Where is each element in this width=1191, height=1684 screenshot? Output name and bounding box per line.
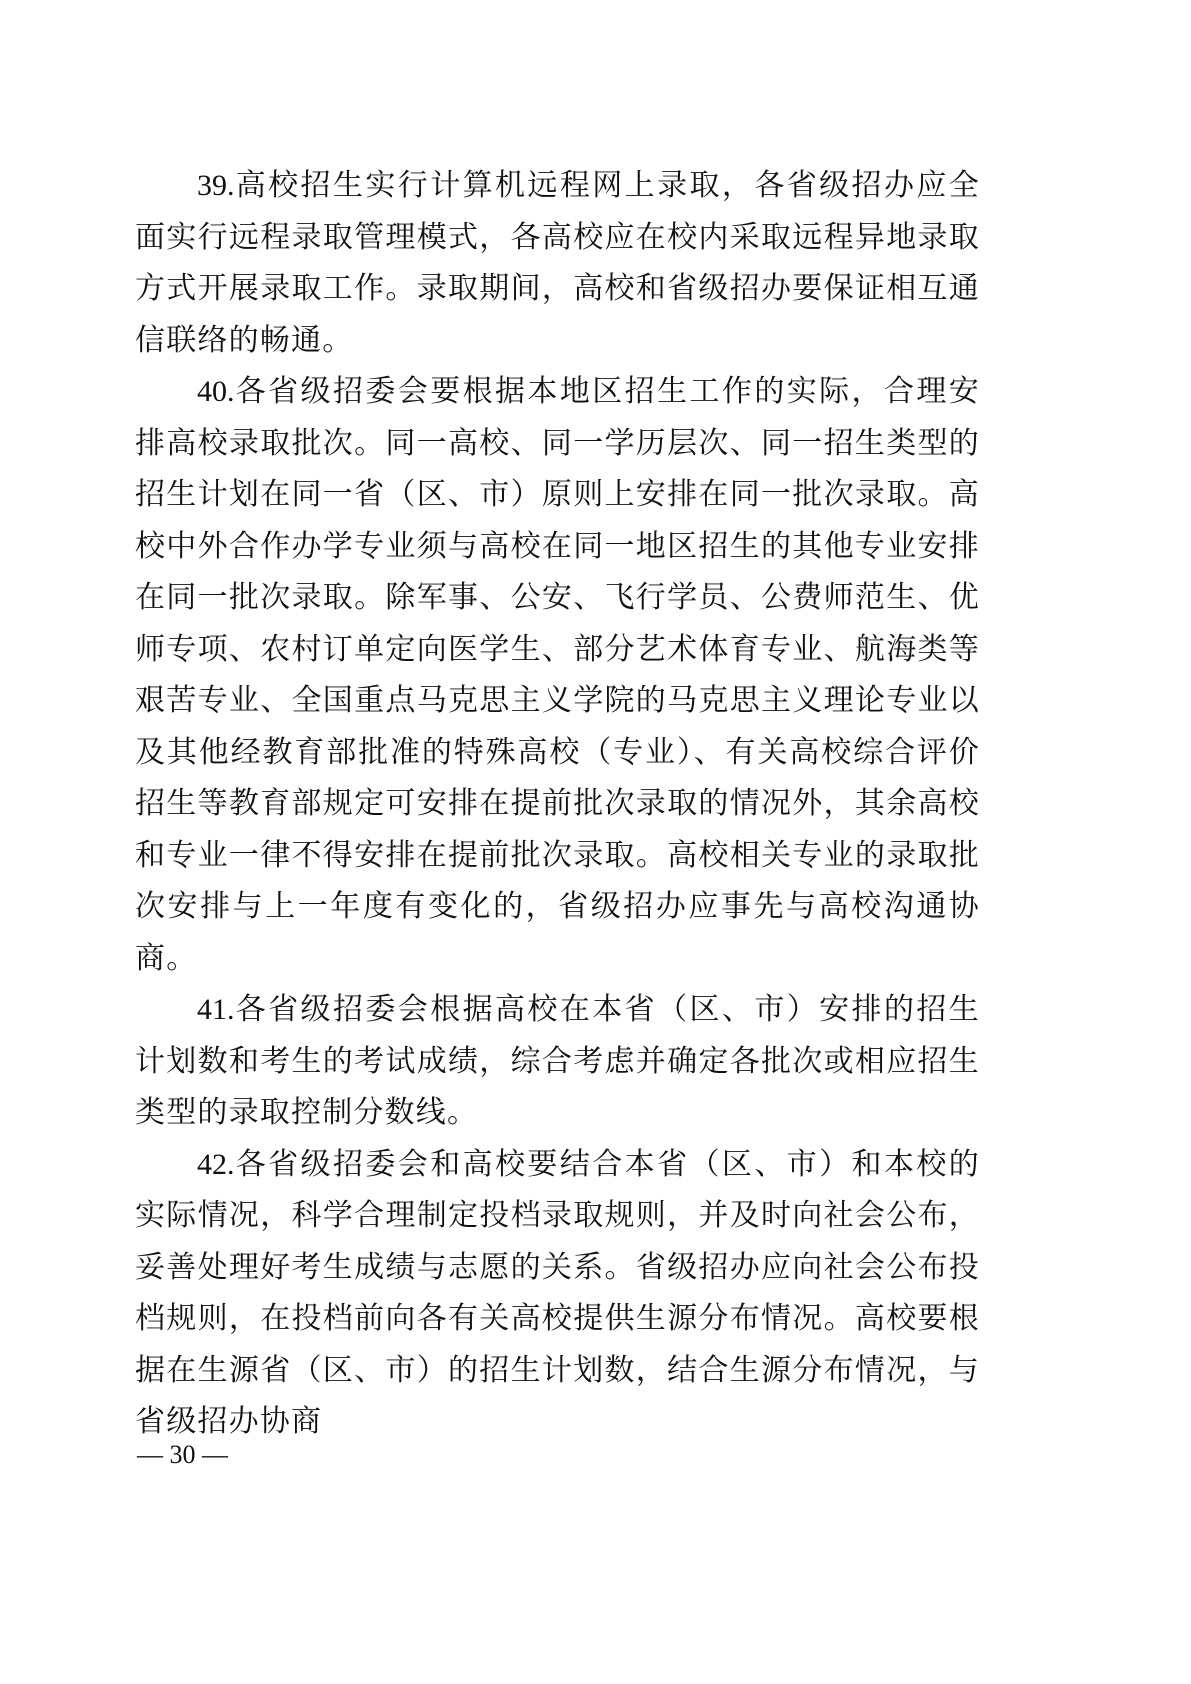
page-number: — 30 — xyxy=(137,1440,228,1470)
paragraph-number: 40. xyxy=(197,375,235,408)
paragraph-40: 40.各省级招委会要根据本地区招生工作的实际，合理安排高校录取批次。同一高校、同… xyxy=(135,366,980,984)
document-body: 39.高校招生实行计算机远程网上录取，各省级招办应全面实行远程录取管理模式，各高… xyxy=(135,160,980,1448)
paragraph-number: 41. xyxy=(197,993,235,1026)
paragraph-text: 各省级招委会要根据本地区招生工作的实际，合理安排高校录取批次。同一高校、同一学历… xyxy=(135,374,980,976)
paragraph-text: 高校招生实行计算机远程网上录取，各省级招办应全面实行远程录取管理模式，各高校应在… xyxy=(135,168,980,358)
paragraph-text: 各省级招委会和高校要结合本省（区、市）和本校的实际情况，科学合理制定投档录取规则… xyxy=(135,1147,980,1440)
paragraph-42: 42.各省级招委会和高校要结合本省（区、市）和本校的实际情况，科学合理制定投档录… xyxy=(135,1139,980,1448)
paragraph-41: 41.各省级招委会根据高校在本省（区、市）安排的招生计划数和考生的考试成绩，综合… xyxy=(135,984,980,1139)
paragraph-text: 各省级招委会根据高校在本省（区、市）安排的招生计划数和考生的考试成绩，综合考虑并… xyxy=(135,992,980,1130)
paragraph-number: 39. xyxy=(197,169,235,202)
paragraph-number: 42. xyxy=(197,1148,235,1181)
paragraph-39: 39.高校招生实行计算机远程网上录取，各省级招办应全面实行远程录取管理模式，各高… xyxy=(135,160,980,366)
